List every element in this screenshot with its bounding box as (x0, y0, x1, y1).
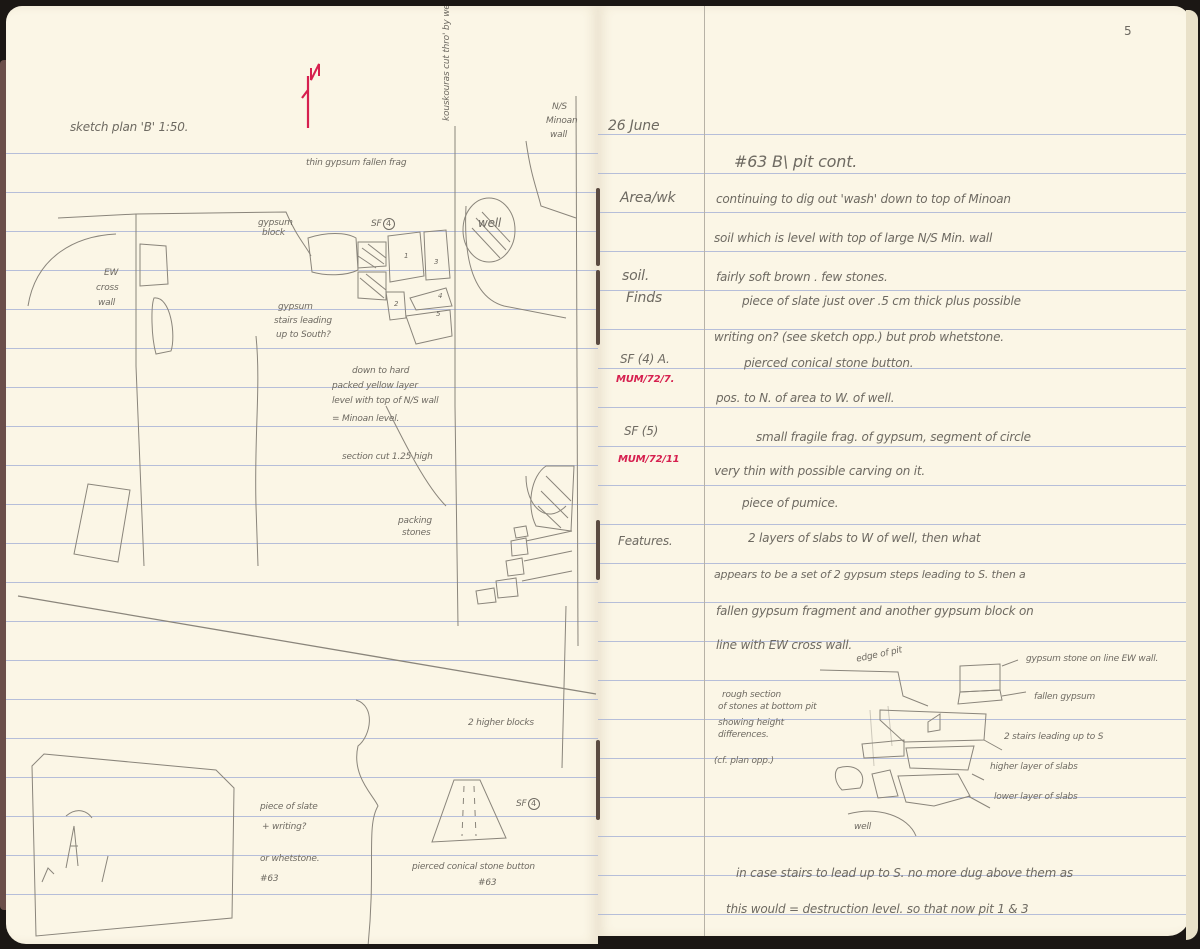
left-page: sketch plan 'B' 1:50. N kouskouras cut t… (6, 6, 598, 944)
down-to-hard-label-2: packed yellow layer (332, 381, 418, 391)
ew-cross-wall-label-2: cross (96, 283, 119, 293)
stone-number: 4 (438, 292, 442, 300)
sketch-well-label: well (854, 822, 871, 832)
section-note-5: (cf. plan opp.) (714, 756, 774, 766)
ew-cross-wall-label-1: EW (104, 268, 118, 278)
binding-staple (596, 520, 600, 580)
binding-staple (596, 740, 600, 820)
ns-wall-label-1: N/S (552, 102, 567, 112)
slate-note-4: #63 (260, 874, 278, 884)
gypsum-block-label-1: gypsum (258, 218, 293, 228)
gypsum-stairs-label-3: up to South? (276, 330, 331, 340)
down-to-hard-label-4: = Minoan level. (332, 414, 399, 424)
callout-higher-slabs: higher layer of slabs (990, 762, 1078, 772)
ew-cross-wall-label-3: wall (98, 298, 115, 308)
button-label-2: #63 (478, 878, 496, 888)
trench-cut-label: kouskouras cut thro' by well (442, 6, 452, 121)
slate-note-3: or whetstone. (260, 854, 319, 864)
gypsum-stairs-label-2: stairs leading (274, 316, 332, 326)
stone-number: 5 (436, 310, 440, 318)
packing-stones-label-1: packing (398, 516, 432, 526)
gypsum-block-label-2: block (262, 228, 285, 238)
section-note-3: showing height (718, 718, 784, 728)
down-to-hard-label-3: level with top of N/S wall (332, 396, 438, 406)
callout-lower-slabs: lower layer of slabs (994, 792, 1078, 802)
footer-line-2: this would = destruction level. so that … (726, 902, 1028, 916)
down-to-hard-label-1: down to hard (352, 366, 409, 376)
stair-section-sketch (598, 6, 1190, 936)
sketch-plan-title: sketch plan 'B' 1:50. (70, 120, 188, 134)
section-note-1: rough section (722, 690, 781, 700)
sf-number-circle: 4 (383, 218, 395, 230)
stone-number: 2 (394, 300, 398, 308)
sf4-plan-label: SF4 (371, 218, 396, 230)
callout-fallen-gypsum: fallen gypsum (1034, 692, 1095, 702)
section-note-2: of stones at bottom pit (718, 702, 817, 712)
button-label-1: pierced conical stone button (412, 862, 535, 872)
section-cut-label: section cut 1.25 high (342, 452, 433, 462)
ns-wall-label-2: Minoan (546, 116, 578, 126)
button-sf-label: SF4 (516, 798, 541, 810)
binding-staple (596, 188, 600, 266)
well-label: well (478, 216, 501, 230)
higher-blocks-label: 2 higher blocks (468, 718, 534, 728)
stone-number: 3 (434, 258, 438, 266)
callout-gypsum-stone: gypsum stone on line EW wall. (1026, 654, 1158, 664)
ns-wall-label-3: wall (550, 130, 567, 140)
sf-label: SF (516, 799, 527, 809)
stone-number: 1 (404, 252, 408, 260)
footer-line-1: in case stairs to lead up to S. no more … (736, 866, 1073, 880)
slate-note-2: + writing? (262, 822, 306, 832)
gypsum-stairs-label-1: gypsum (278, 302, 313, 312)
slate-note-1: piece of slate (260, 802, 318, 812)
callout-stairs: 2 stairs leading up to S (1004, 732, 1103, 742)
page-stack-edge (1186, 10, 1198, 940)
section-note-4: differences. (718, 730, 769, 740)
fallen-frag-label: thin gypsum fallen frag (306, 158, 406, 168)
packing-stones-label-2: stones (402, 528, 430, 538)
sf-number-circle: 4 (528, 798, 540, 810)
sf-label: SF (371, 219, 382, 229)
binding-staple (596, 270, 600, 345)
right-page: 5 26 June #63 B\ pit cont. Area/wk conti… (598, 6, 1190, 936)
